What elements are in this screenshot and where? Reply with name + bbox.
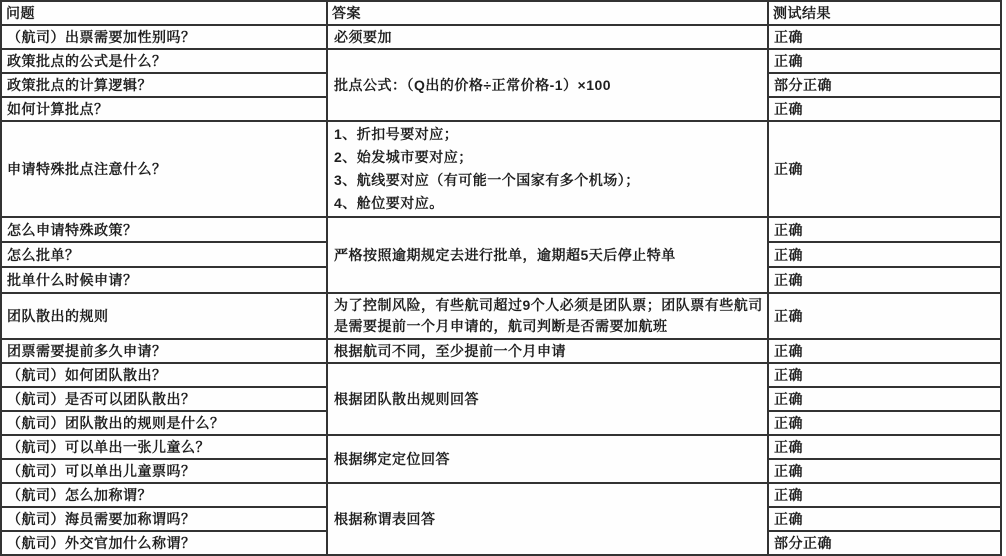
result-cell: 正确 <box>768 459 1001 483</box>
table-row: 申请特殊批点注意什么？ 1、折扣号要对应； 2、始发城市要对应； 3、航线要对应… <box>1 121 1001 217</box>
question-cell: （航司）出票需要加性别吗？ <box>1 25 327 49</box>
table-row: 团队散出的规则 为了控制风险，有些航司超过9个人必须是团队票；团队票有些航司是需… <box>1 293 1001 339</box>
result-cell: 正确 <box>768 387 1001 411</box>
question-cell: （航司）外交官加什么称谓？ <box>1 531 327 555</box>
table-row: 团票需要提前多久申请？ 根据航司不同，至少提前一个月申请 正确 <box>1 339 1001 363</box>
question-cell: 如何计算批点？ <box>1 97 327 121</box>
result-cell: 正确 <box>768 25 1001 49</box>
question-cell: 批单什么时候申请？ <box>1 267 327 293</box>
column-header-result: 测试结果 <box>768 1 1001 25</box>
question-cell: （航司）如何团队散出？ <box>1 363 327 387</box>
table-row: （航司）出票需要加性别吗？ 必须要加 正确 <box>1 25 1001 49</box>
question-cell: （航司）是否可以团队散出？ <box>1 387 327 411</box>
question-cell: 怎么申请特殊政策？ <box>1 217 327 242</box>
answer-cell: 根据绑定定位回答 <box>327 435 768 483</box>
qa-test-results-table: 问题 答案 测试结果 （航司）出票需要加性别吗？ 必须要加 正确 政策批点的公式… <box>0 0 1002 556</box>
answer-cell: 为了控制风险，有些航司超过9个人必须是团队票；团队票有些航司是需要提前一个月申请… <box>327 293 768 339</box>
answer-cell: 严格按照逾期规定去进行批单，逾期超5天后停止特单 <box>327 217 768 293</box>
question-cell: 怎么批单？ <box>1 242 327 267</box>
result-cell: 正确 <box>768 121 1001 217</box>
result-cell: 部分正确 <box>768 73 1001 97</box>
question-cell: 团队散出的规则 <box>1 293 327 339</box>
question-cell: 团票需要提前多久申请？ <box>1 339 327 363</box>
answer-cell: 批点公式：（Q出的价格÷正常价格-1）×100 <box>327 49 768 121</box>
column-header-question: 问题 <box>1 1 327 25</box>
result-cell: 正确 <box>768 97 1001 121</box>
answer-cell: 根据称谓表回答 <box>327 483 768 555</box>
result-cell: 正确 <box>768 267 1001 293</box>
result-cell: 正确 <box>768 339 1001 363</box>
answer-cell: 根据航司不同，至少提前一个月申请 <box>327 339 768 363</box>
column-header-answer: 答案 <box>327 1 768 25</box>
table-row: 怎么申请特殊政策？ 严格按照逾期规定去进行批单，逾期超5天后停止特单 正确 <box>1 217 1001 242</box>
result-cell: 正确 <box>768 483 1001 507</box>
result-cell: 正确 <box>768 363 1001 387</box>
question-cell: （航司）海员需要加称谓吗？ <box>1 507 327 531</box>
header-row: 问题 答案 测试结果 <box>1 1 1001 25</box>
table-row: 政策批点的公式是什么？ 批点公式：（Q出的价格÷正常价格-1）×100 正确 <box>1 49 1001 73</box>
question-cell: 政策批点的计算逻辑？ <box>1 73 327 97</box>
answer-line: 2、始发城市要对应； <box>334 146 763 169</box>
result-cell: 正确 <box>768 293 1001 339</box>
result-cell: 正确 <box>768 411 1001 435</box>
answer-line: 3、航线要对应（有可能一个国家有多个机场）； <box>334 169 763 192</box>
spreadsheet-page: 问题 答案 测试结果 （航司）出票需要加性别吗？ 必须要加 正确 政策批点的公式… <box>0 0 1006 544</box>
answer-line: 1、折扣号要对应； <box>334 123 763 146</box>
question-cell: （航司）可以单出儿童票吗？ <box>1 459 327 483</box>
result-cell: 正确 <box>768 507 1001 531</box>
question-cell: （航司）怎么加称谓？ <box>1 483 327 507</box>
question-cell: 申请特殊批点注意什么？ <box>1 121 327 217</box>
table-row: （航司）可以单出一张儿童么？ 根据绑定定位回答 正确 <box>1 435 1001 459</box>
table-row: （航司）怎么加称谓？ 根据称谓表回答 正确 <box>1 483 1001 507</box>
answer-line: 4、舱位要对应。 <box>334 192 763 215</box>
question-cell: （航司）团队散出的规则是什么？ <box>1 411 327 435</box>
result-cell: 正确 <box>768 49 1001 73</box>
answer-cell: 必须要加 <box>327 25 768 49</box>
result-cell: 正确 <box>768 242 1001 267</box>
answer-cell: 1、折扣号要对应； 2、始发城市要对应； 3、航线要对应（有可能一个国家有多个机… <box>327 121 768 217</box>
question-cell: 政策批点的公式是什么？ <box>1 49 327 73</box>
result-cell: 部分正确 <box>768 531 1001 555</box>
result-cell: 正确 <box>768 435 1001 459</box>
answer-cell: 根据团队散出规则回答 <box>327 363 768 435</box>
question-cell: （航司）可以单出一张儿童么？ <box>1 435 327 459</box>
result-cell: 正确 <box>768 217 1001 242</box>
table-row: （航司）如何团队散出？ 根据团队散出规则回答 正确 <box>1 363 1001 387</box>
